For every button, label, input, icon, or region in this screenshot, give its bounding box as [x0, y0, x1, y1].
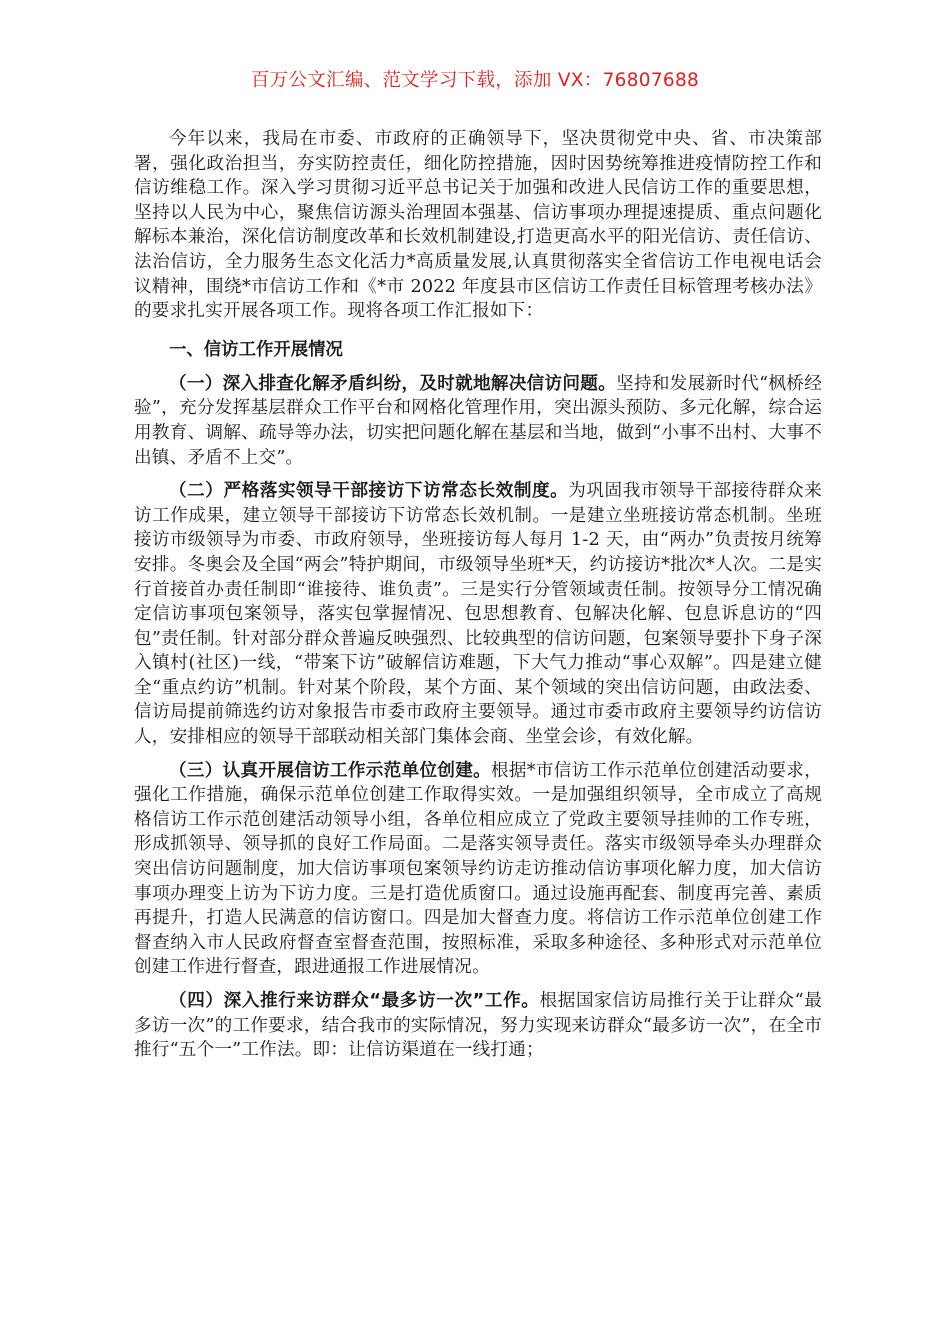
- item-title-2: （二）严格落实领导干部接访下访常态长效制度。: [169, 481, 568, 501]
- item-paragraph-2: （二）严格落实领导干部接访下访常态长效制度。为巩固我市领导干部接待群众来访工作成…: [134, 479, 822, 750]
- document-body: 今年以来，我局在市委、市政府的正确领导下，坚决贯彻党中央、省、市决策部署，强化政…: [134, 127, 822, 1063]
- item-title-3: （三）认真开展信访工作示范单位创建。: [169, 761, 491, 781]
- item-title-1: （一）深入排查化解矛盾纠纷，及时就地解决信访问题。: [169, 374, 616, 394]
- watermark-banner: 百万公文汇编、范文学习下载，添加 VX：76807688: [0, 66, 950, 96]
- item-title-4: （四）深入推行来访群众“最多访一次”工作。: [169, 991, 540, 1011]
- item-body-3: 根据*市信访工作示范单位创建活动要求，强化工作措施，确保示范单位创建工作取得实效…: [134, 761, 822, 978]
- section-heading: 一、信访工作开展情况: [134, 338, 822, 362]
- item-body-2: 为巩固我市领导干部接待群众来访工作成果，建立领导干部接访下访常态长效机制。一是建…: [134, 481, 822, 747]
- item-paragraph-3: （三）认真开展信访工作示范单位创建。根据*市信访工作示范单位创建活动要求，强化工…: [134, 759, 822, 980]
- item-paragraph-1: （一）深入排查化解矛盾纠纷，及时就地解决信访问题。坚持和发展新时代“枫桥经验”，…: [134, 372, 822, 470]
- item-paragraph-4: （四）深入推行来访群众“最多访一次”工作。根据国家信访局推行关于让群众“最多访一…: [134, 989, 822, 1063]
- intro-paragraph: 今年以来，我局在市委、市政府的正确领导下，坚决贯彻党中央、省、市决策部署，强化政…: [134, 127, 822, 324]
